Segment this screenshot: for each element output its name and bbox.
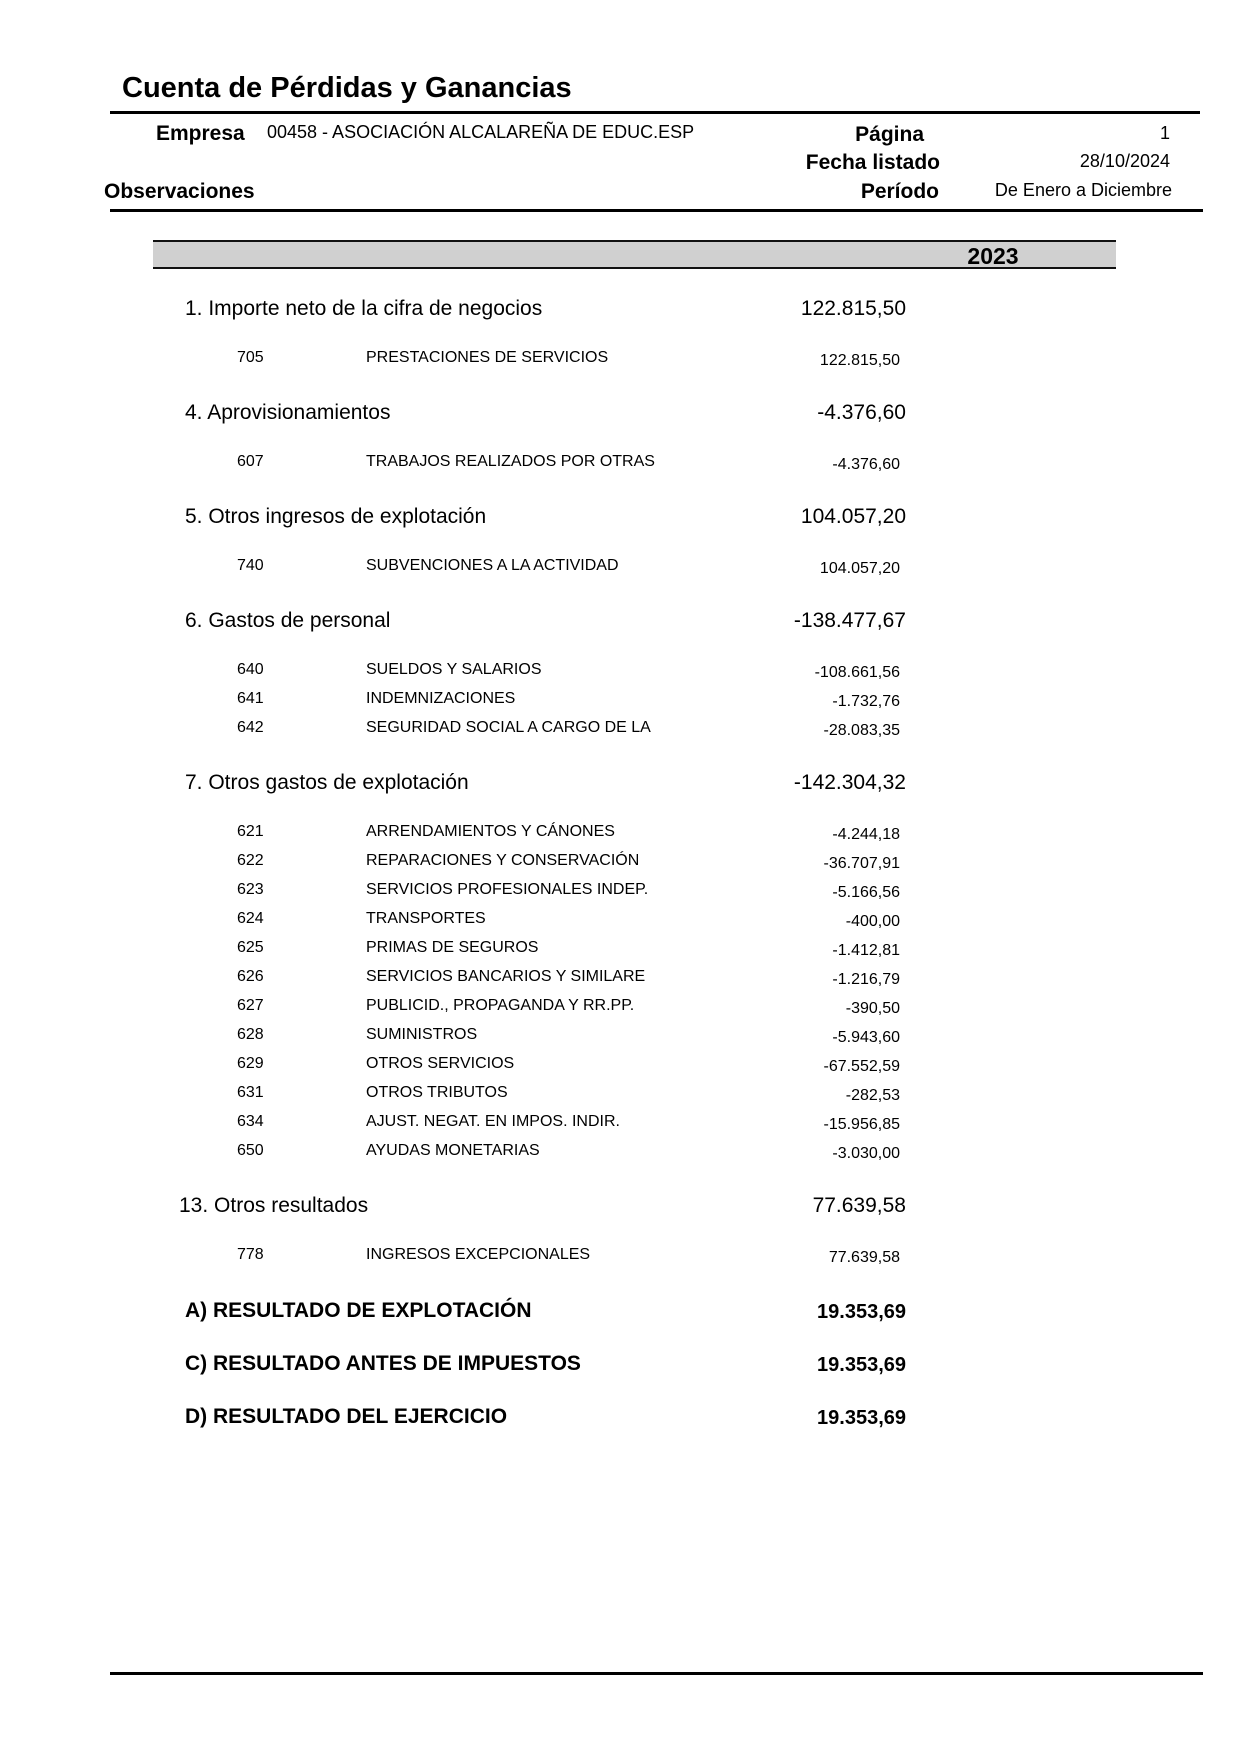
account-description: AJUST. NEGAT. EN IMPOS. INDIR.: [366, 1113, 620, 1131]
account-code: 628: [237, 1026, 264, 1044]
account-description: PRIMAS DE SEGUROS: [366, 939, 538, 957]
account-value: -5.166,56: [700, 884, 900, 902]
pagina-value: 1: [960, 123, 1170, 144]
account-code: 778: [237, 1246, 264, 1264]
account-value: 122.815,50: [700, 352, 900, 370]
account-description: INDEMNIZACIONES: [366, 690, 515, 708]
account-description: SERVICIOS PROFESIONALES INDEP.: [366, 881, 648, 899]
account-description: TRANSPORTES: [366, 910, 486, 928]
column-header-bar: 2023: [153, 240, 1116, 269]
fecha-listado-value: 28/10/2024: [960, 151, 1170, 172]
account-value: 77.639,58: [700, 1249, 900, 1267]
result-label: A) RESULTADO DE EXPLOTACIÓN: [185, 1299, 532, 1323]
account-value: -400,00: [700, 913, 900, 931]
account-value: -36.707,91: [700, 855, 900, 873]
account-description: SUMINISTROS: [366, 1026, 477, 1044]
footer-rule: [110, 1672, 1203, 1675]
section-label: 1. Importe neto de la cifra de negocios: [185, 297, 542, 321]
account-code: 623: [237, 881, 264, 899]
periodo-value: De Enero a Diciembre: [960, 180, 1172, 201]
section-total: -142.304,32: [700, 771, 906, 795]
section-total: -138.477,67: [700, 609, 906, 633]
account-code: 740: [237, 557, 264, 575]
periodo-label: Período: [720, 180, 939, 204]
result-value: 19.353,69: [700, 1301, 906, 1324]
fecha-listado-label: Fecha listado: [720, 151, 940, 175]
year-column-header: 2023: [943, 243, 1043, 270]
section-label: 13. Otros resultados: [179, 1194, 368, 1218]
section-total: 122.815,50: [700, 297, 906, 321]
account-value: -108.661,56: [700, 664, 900, 682]
account-code: 631: [237, 1084, 264, 1102]
account-code: 650: [237, 1142, 264, 1160]
account-code: 625: [237, 939, 264, 957]
account-code: 634: [237, 1113, 264, 1131]
account-description: SEGURIDAD SOCIAL A CARGO DE LA: [366, 719, 651, 737]
account-description: AYUDAS MONETARIAS: [366, 1142, 540, 1160]
section-label: 4. Aprovisionamientos: [185, 401, 390, 425]
account-value: -1.216,79: [700, 971, 900, 989]
account-description: OTROS SERVICIOS: [366, 1055, 514, 1073]
report-title: Cuenta de Pérdidas y Ganancias: [122, 72, 572, 105]
account-description: PUBLICID., PROPAGANDA Y RR.PP.: [366, 997, 634, 1015]
section-total: 77.639,58: [700, 1194, 906, 1218]
account-code: 629: [237, 1055, 264, 1073]
account-value: -3.030,00: [700, 1145, 900, 1163]
empresa-value: 00458 - ASOCIACIÓN ALCALAREÑA DE EDUC.ES…: [267, 122, 694, 143]
account-description: SUELDOS Y SALARIOS: [366, 661, 541, 679]
account-code: 626: [237, 968, 264, 986]
result-label: D) RESULTADO DEL EJERCICIO: [185, 1405, 507, 1429]
account-description: REPARACIONES Y CONSERVACIÓN: [366, 852, 639, 870]
account-code: 622: [237, 852, 264, 870]
account-value: -15.956,85: [700, 1116, 900, 1134]
section-total: 104.057,20: [700, 505, 906, 529]
pagina-label: Página: [720, 123, 924, 147]
account-description: INGRESOS EXCEPCIONALES: [366, 1246, 590, 1264]
account-value: -1.732,76: [700, 693, 900, 711]
account-description: SERVICIOS BANCARIOS Y SIMILARE: [366, 968, 645, 986]
account-value: -1.412,81: [700, 942, 900, 960]
account-code: 621: [237, 823, 264, 841]
account-value: -28.083,35: [700, 722, 900, 740]
account-code: 624: [237, 910, 264, 928]
section-label: 5. Otros ingresos de explotación: [185, 505, 486, 529]
account-code: 607: [237, 453, 264, 471]
account-code: 642: [237, 719, 264, 737]
account-code: 641: [237, 690, 264, 708]
account-description: ARRENDAMIENTOS Y CÁNONES: [366, 823, 615, 841]
account-value: -4.244,18: [700, 826, 900, 844]
account-value: -282,53: [700, 1087, 900, 1105]
section-label: 6. Gastos de personal: [185, 609, 390, 633]
account-description: SUBVENCIONES A LA ACTIVIDAD: [366, 557, 619, 575]
account-value: -4.376,60: [700, 456, 900, 474]
account-value: -67.552,59: [700, 1058, 900, 1076]
account-code: 640: [237, 661, 264, 679]
empresa-label: Empresa: [156, 122, 245, 146]
title-rule: [110, 111, 1200, 114]
account-value: 104.057,20: [700, 560, 900, 578]
section-label: 7. Otros gastos de explotación: [185, 771, 469, 795]
result-label: C) RESULTADO ANTES DE IMPUESTOS: [185, 1352, 581, 1376]
account-value: -5.943,60: [700, 1029, 900, 1047]
account-description: TRABAJOS REALIZADOS POR OTRAS: [366, 453, 655, 471]
observaciones-label: Observaciones: [104, 180, 255, 204]
section-total: -4.376,60: [700, 401, 906, 425]
account-value: -390,50: [700, 1000, 900, 1018]
header-bottom-rule: [110, 209, 1203, 212]
account-description: PRESTACIONES DE SERVICIOS: [366, 349, 608, 367]
result-value: 19.353,69: [700, 1407, 906, 1430]
account-code: 705: [237, 349, 264, 367]
result-value: 19.353,69: [700, 1354, 906, 1377]
account-code: 627: [237, 997, 264, 1015]
account-description: OTROS TRIBUTOS: [366, 1084, 508, 1102]
